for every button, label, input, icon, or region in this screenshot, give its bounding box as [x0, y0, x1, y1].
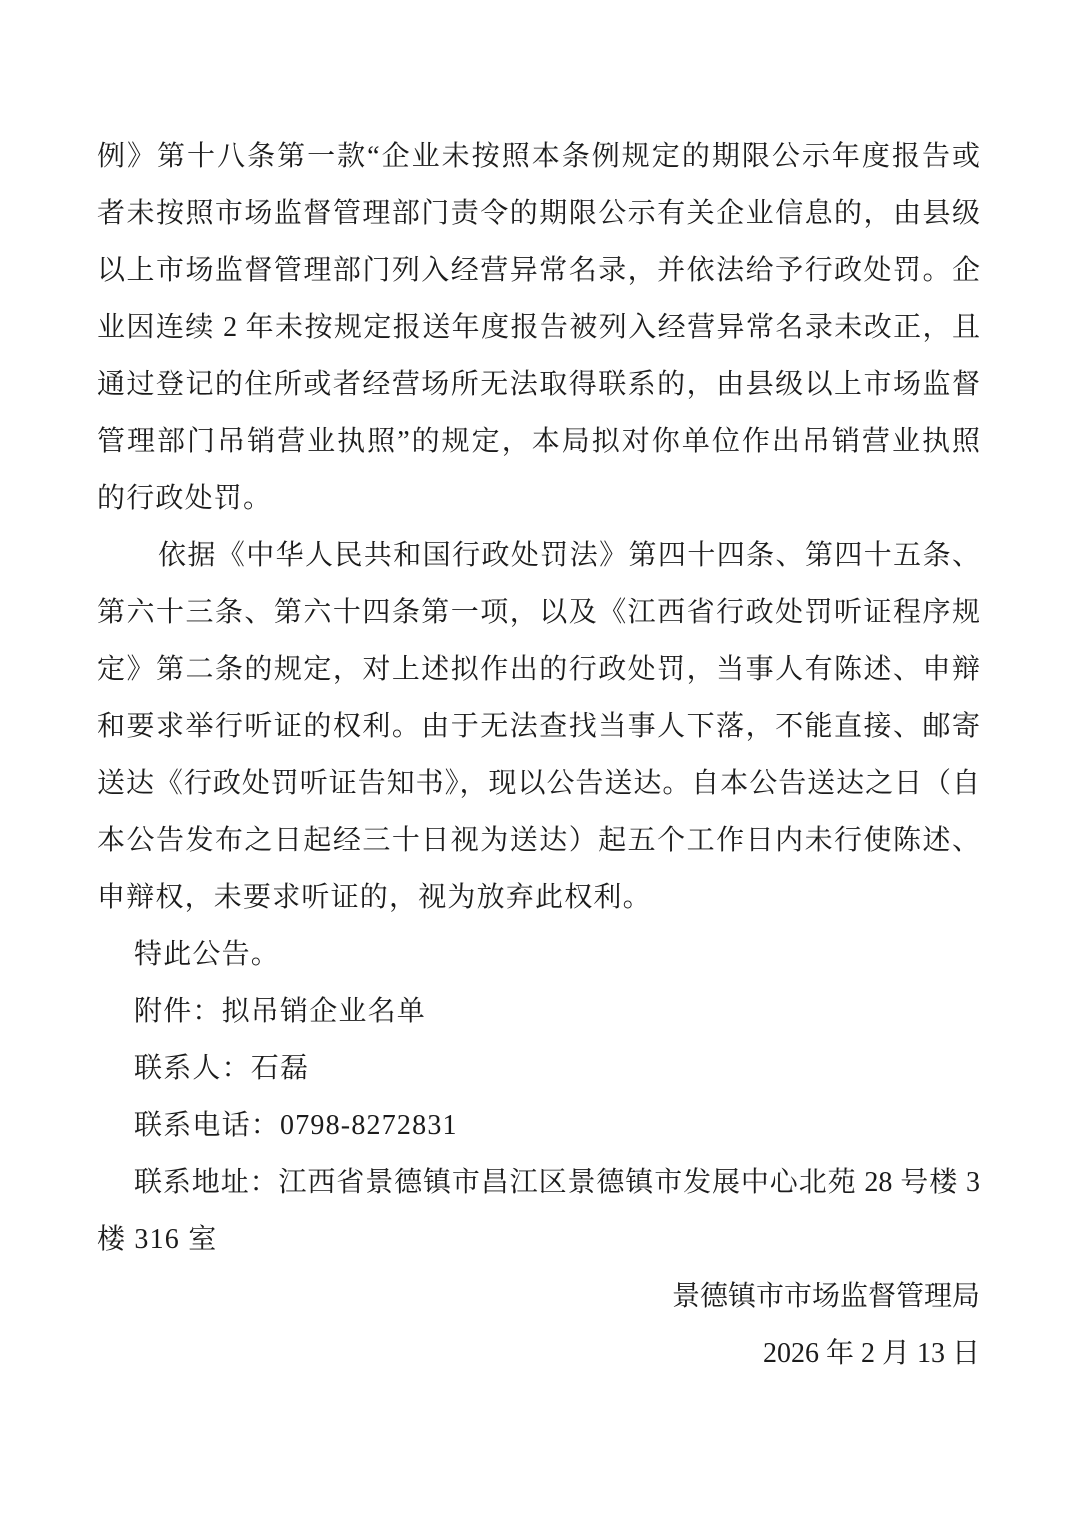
- document-body: 例》第十八条第一款“企业未按照本条例规定的期限公示年度报告或者未按照市场监督管理…: [97, 128, 980, 1382]
- issue-date: 2026 年 2 月 13 日: [97, 1325, 980, 1382]
- text-line: 依据《中华人民共和国行政处罚法》第四十四条、第四十五条、: [97, 527, 980, 584]
- text-line: 特此公告。: [97, 926, 980, 983]
- text-line: 景德镇市市场监督管理局: [97, 1268, 980, 1325]
- text-line: 业因连续 2 年未按规定报送年度报告被列入经营异常名录未改正，且: [97, 299, 980, 356]
- attachment-note: 附件：拟吊销企业名单: [97, 983, 980, 1040]
- text-line: 者未按照市场监督管理部门责令的期限公示有关企业信息的，由县级: [97, 185, 980, 242]
- text-line: 联系电话：0798-8272831: [97, 1097, 980, 1154]
- text-line: 联系地址：江西省景德镇市昌江区景德镇市发展中心北苑 28 号楼 3: [97, 1154, 980, 1211]
- text-line: 申辩权，未要求听证的，视为放弃此权利。: [97, 869, 980, 926]
- text-line: 附件：拟吊销企业名单: [97, 983, 980, 1040]
- closing-statement: 特此公告。: [97, 926, 980, 983]
- body-paragraph-1: 例》第十八条第一款“企业未按照本条例规定的期限公示年度报告或者未按照市场监督管理…: [97, 128, 980, 527]
- contact-person: 联系人：石磊: [97, 1040, 980, 1097]
- body-paragraph-2: 依据《中华人民共和国行政处罚法》第四十四条、第四十五条、第六十三条、第六十四条第…: [97, 527, 980, 926]
- contact-address: 联系地址：江西省景德镇市昌江区景德镇市发展中心北苑 28 号楼 3楼 316 室: [97, 1154, 980, 1268]
- text-line: 例》第十八条第一款“企业未按照本条例规定的期限公示年度报告或: [97, 128, 980, 185]
- text-line: 管理部门吊销营业执照”的规定，本局拟对你单位作出吊销营业执照: [97, 413, 980, 470]
- text-line: 楼 316 室: [97, 1211, 980, 1268]
- text-line: 定》第二条的规定，对上述拟作出的行政处罚，当事人有陈述、申辩: [97, 641, 980, 698]
- text-line: 2026 年 2 月 13 日: [97, 1325, 980, 1382]
- text-line: 以上市场监督管理部门列入经营异常名录，并依法给予行政处罚。企: [97, 242, 980, 299]
- text-line: 的行政处罚。: [97, 470, 980, 527]
- text-line: 送达《行政处罚听证告知书》，现以公告送达。自本公告送达之日（自: [97, 755, 980, 812]
- text-line: 和要求举行听证的权利。由于无法查找当事人下落，不能直接、邮寄: [97, 698, 980, 755]
- text-line: 第六十三条、第六十四条第一项，以及《江西省行政处罚听证程序规: [97, 584, 980, 641]
- text-line: 本公告发布之日起经三十日视为送达）起五个工作日内未行使陈述、: [97, 812, 980, 869]
- contact-phone: 联系电话：0798-8272831: [97, 1097, 980, 1154]
- document-page: 例》第十八条第一款“企业未按照本条例规定的期限公示年度报告或者未按照市场监督管理…: [0, 0, 1074, 1520]
- issuer-signature: 景德镇市市场监督管理局: [97, 1268, 980, 1325]
- text-line: 通过登记的住所或者经营场所无法取得联系的，由县级以上市场监督: [97, 356, 980, 413]
- text-line: 联系人：石磊: [97, 1040, 980, 1097]
